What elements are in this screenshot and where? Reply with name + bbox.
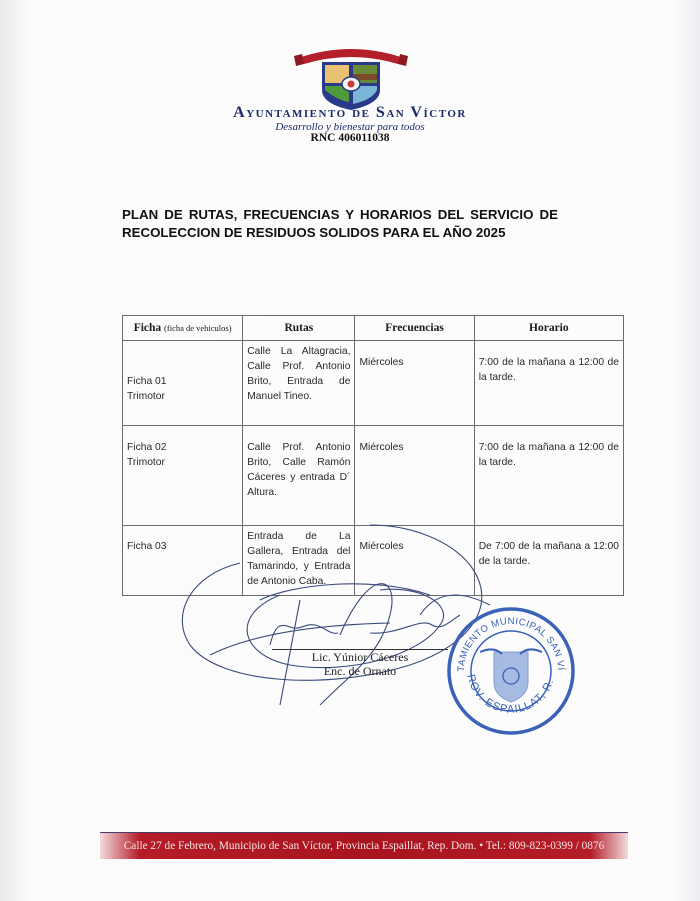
- footer-address: Calle 27 de Febrero, Municipio de San Ví…: [124, 840, 604, 852]
- cell-rutas: Calle La Altagracia, Calle Prof. Antonio…: [243, 341, 355, 426]
- signatory-name: Lic. Yúnior Cáceres: [270, 650, 450, 665]
- header-ficha-label: Ficha: [134, 322, 161, 334]
- cell-frecuencia: Miércoles: [355, 341, 474, 426]
- organization-name: Ayuntamiento de San Víctor: [0, 104, 700, 122]
- signatory-role: Enc. de Ornato: [270, 664, 450, 679]
- municipal-coat-of-arms-icon: [292, 44, 410, 110]
- header-ficha-note: (ficha de vehiculos): [164, 323, 232, 333]
- tax-id: RNC 406011038: [0, 132, 700, 144]
- footer-address-bar: Calle 27 de Febrero, Municipio de San Ví…: [100, 832, 628, 859]
- document-title: PLAN DE RUTAS, FRECUENCIAS Y HORARIOS DE…: [122, 206, 558, 242]
- vehicle-type: Trimotor: [127, 455, 238, 470]
- cell-horario: 7:00 de la mañana a 12:00 de la tarde.: [474, 341, 623, 426]
- ficha-number: Ficha 02: [127, 440, 238, 455]
- vehicle-type: Trimotor: [127, 389, 238, 404]
- document-page: Ayuntamiento de San Víctor Desarrollo y …: [0, 0, 700, 901]
- header-rutas: Rutas: [243, 316, 355, 341]
- official-seal-stamp-icon: AYUNTAMIENTO MUNICIPAL SAN VÍCTOR PROV. …: [444, 604, 578, 738]
- cell-ficha: Ficha 01Trimotor: [123, 341, 243, 426]
- header-ficha: Ficha (ficha de vehiculos): [123, 316, 243, 341]
- ficha-number: Ficha 01: [127, 374, 238, 389]
- table-header-row: Ficha (ficha de vehiculos) Rutas Frecuen…: [123, 316, 624, 341]
- header-horario: Horario: [474, 316, 623, 341]
- header-frecuencias: Frecuencias: [355, 316, 474, 341]
- table-row: Ficha 01Trimotor Calle La Altagracia, Ca…: [123, 341, 624, 426]
